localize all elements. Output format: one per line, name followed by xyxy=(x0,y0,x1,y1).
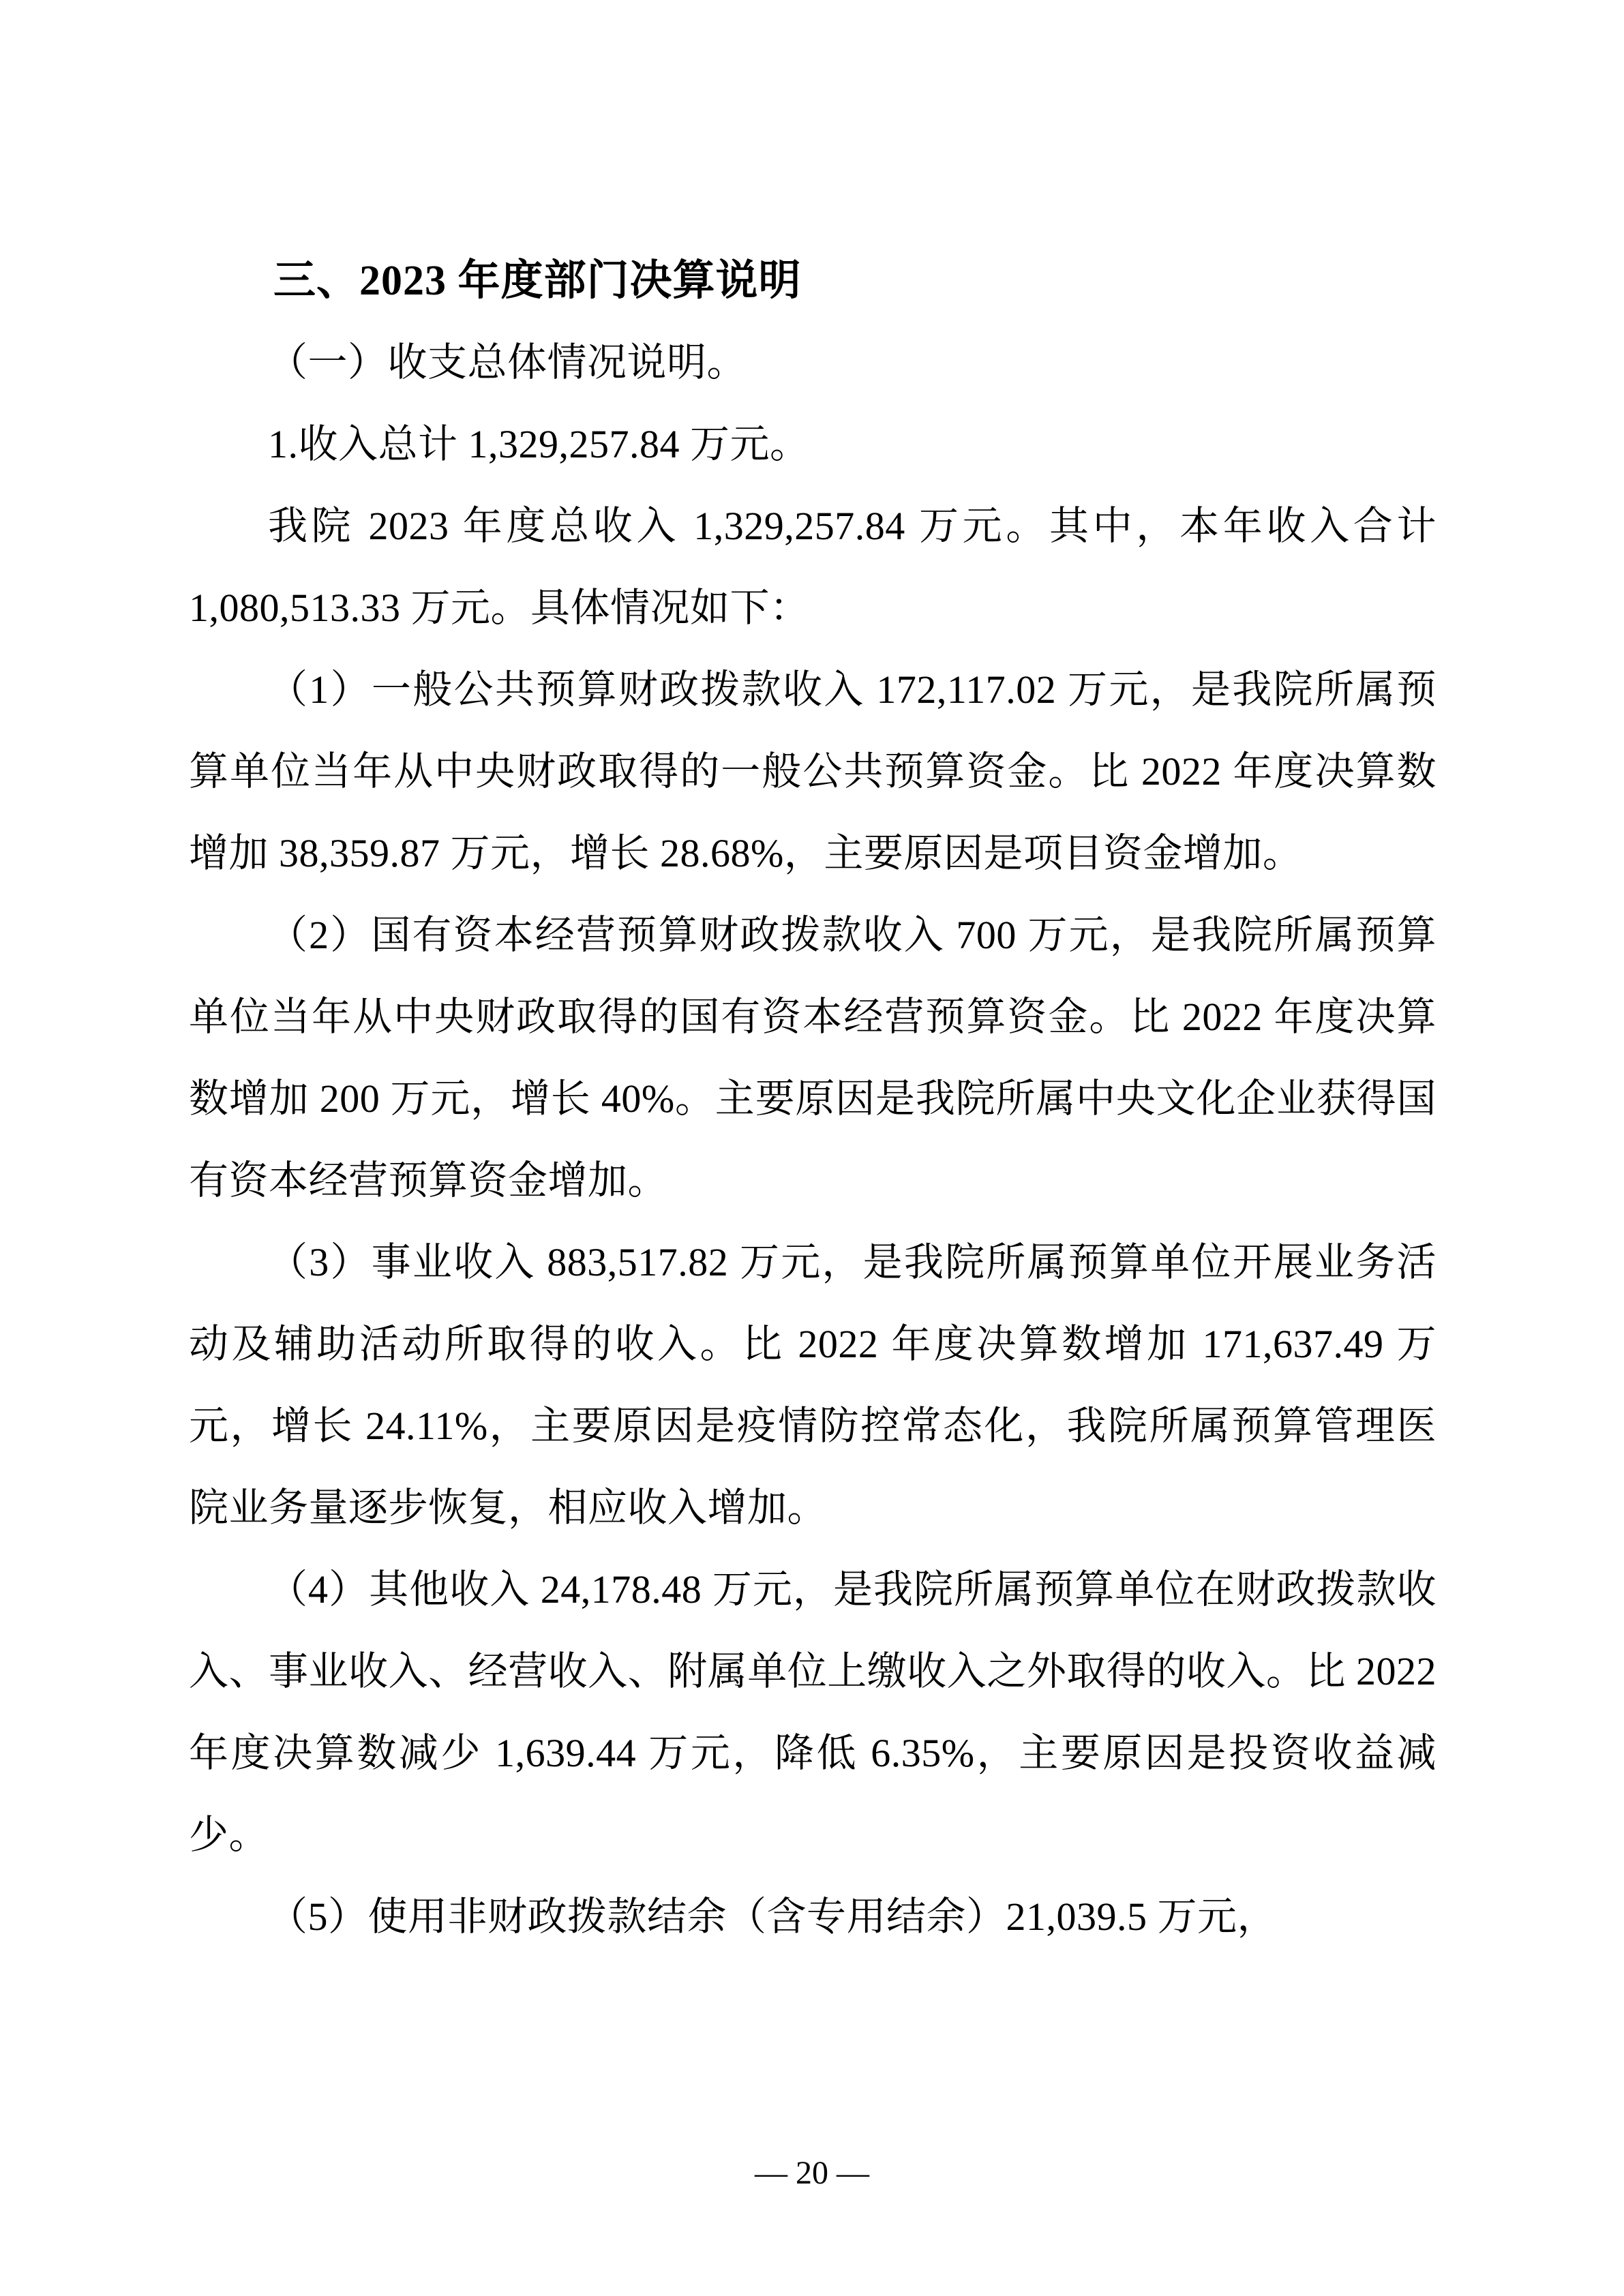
page-number: — 20 — xyxy=(0,2153,1624,2194)
paragraph-item-1-general-budget: （1）一般公共预算财政拨款收入 172,117.02 万元，是我院所属预算单位当… xyxy=(189,649,1437,894)
sub-heading: （一）收支总体情况说明。 xyxy=(189,322,1437,404)
paragraph-item-4-other-income: （4）其他收入 24,178.48 万元，是我院所属预算单位在财政拨款收入、事业… xyxy=(189,1549,1437,1876)
paragraph-item-2-state-capital: （2）国有资本经营预算财政拨款收入 700 万元，是我院所属预算单位当年从中央财… xyxy=(189,894,1437,1222)
page-content: 三、2023 年度部门决算说明 （一）收支总体情况说明。 1.收入总计 1,32… xyxy=(189,240,1437,1958)
paragraph-income-overview: 我院 2023 年度总收入 1,329,257.84 万元。其中，本年收入合计 … xyxy=(189,485,1437,649)
document-page: 三、2023 年度部门决算说明 （一）收支总体情况说明。 1.收入总计 1,32… xyxy=(0,0,1624,2296)
paragraph-item-5-non-fiscal-balance: （5）使用非财政拨款结余（含专用结余）21,039.5 万元， xyxy=(189,1876,1437,1958)
section-heading: 三、2023 年度部门决算说明 xyxy=(189,240,1437,322)
paragraph-item-3-operating-income: （3）事业收入 883,517.82 万元，是我院所属预算单位开展业务活动及辅助… xyxy=(189,1222,1437,1549)
paragraph-income-total: 1.收入总计 1,329,257.84 万元。 xyxy=(189,404,1437,485)
